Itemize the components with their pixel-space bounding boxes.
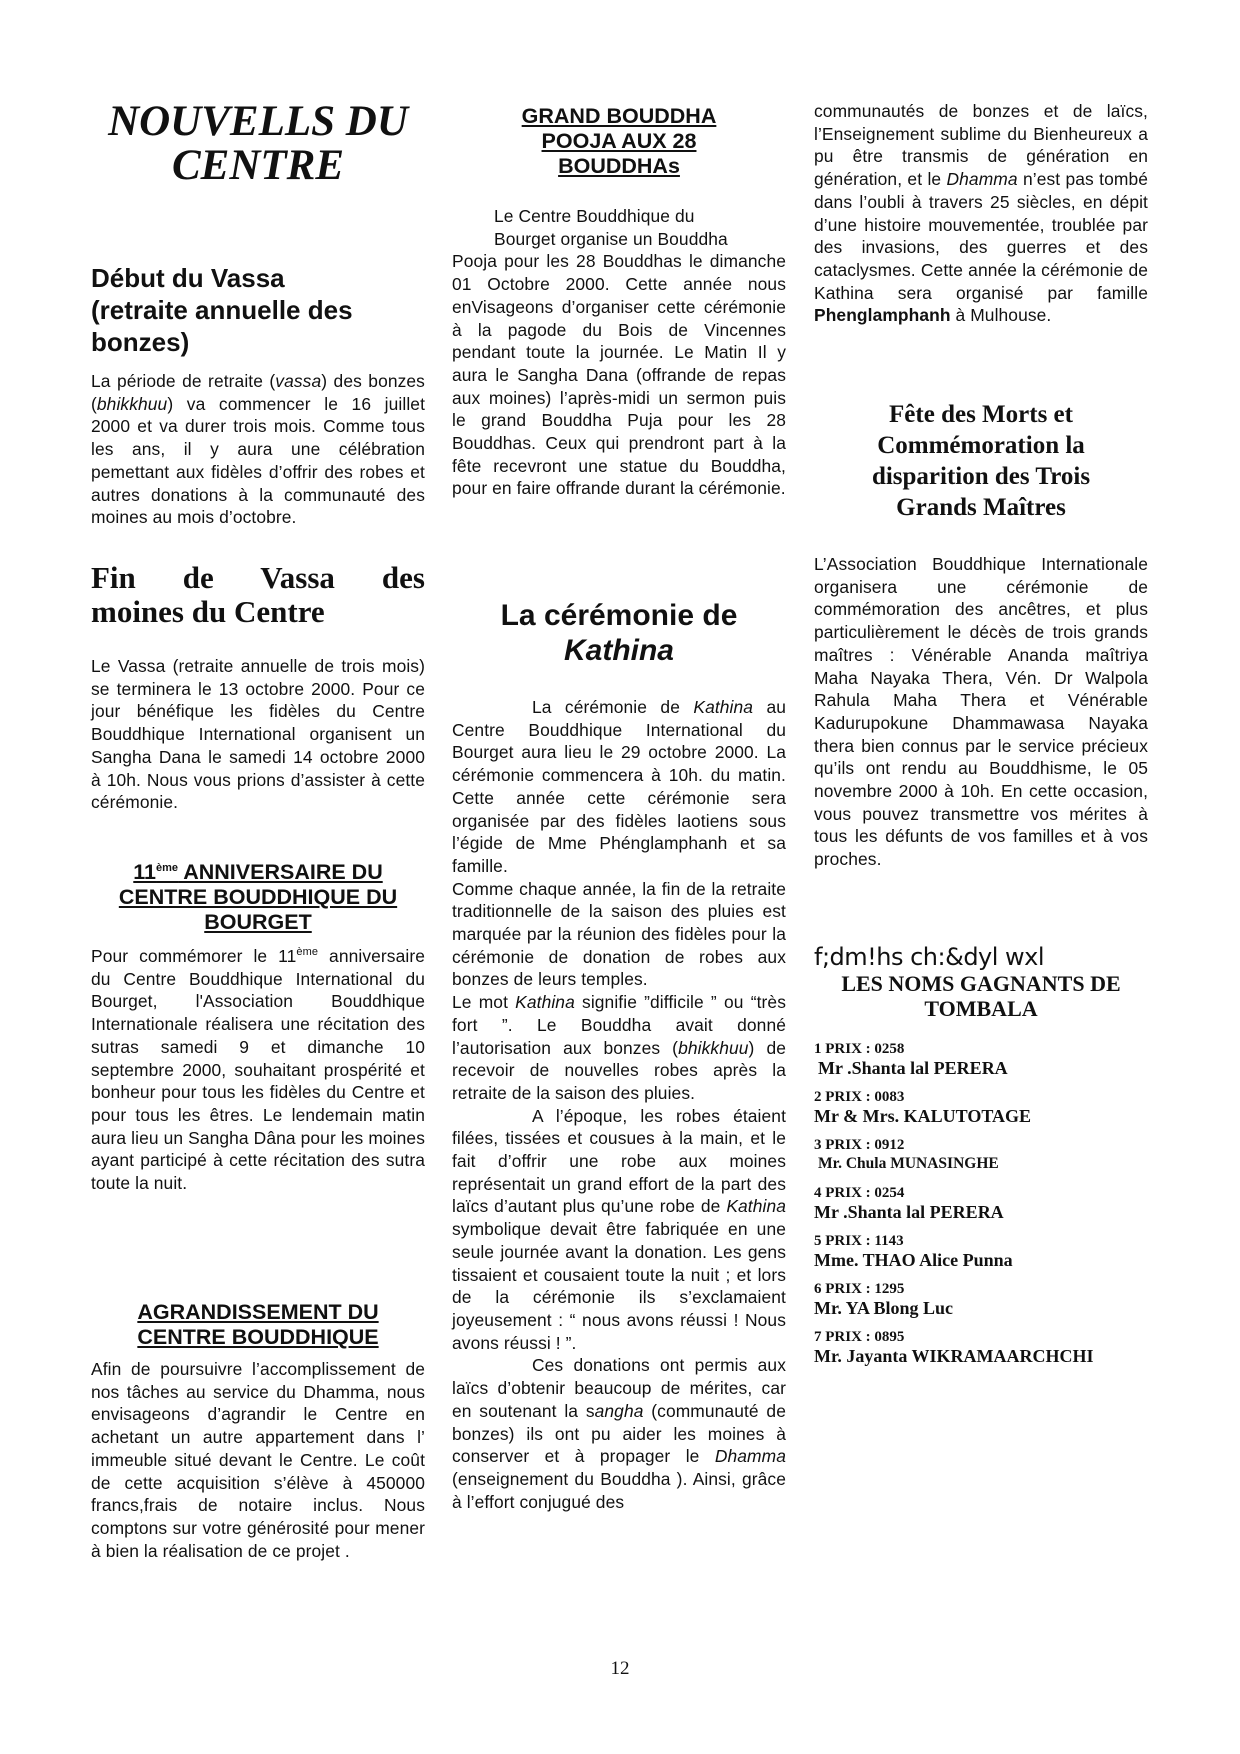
text: au Centre Bouddhique International du Bo… [452,697,786,876]
text: symbolique devait être fabriquée en une … [452,1219,786,1353]
title-line: AGRANDISSEMENT DU [137,1300,378,1324]
expansion-title: AGRANDISSEMENT DU CENTRE BOUDDHIQUE [91,1300,425,1350]
vassa-end-title-line-2: moines du Centre [91,595,425,629]
expansion-body: Afin de poursuivre l’accomplissement de … [91,1358,425,1562]
prize-winner: Mr. YA Blong Luc [814,1298,1148,1318]
text: La période de retraite ( [91,371,275,391]
prize-list: 1 PRIX : 0258 Mr .Shanta lal PERERA 2 PR… [814,1041,1148,1366]
prize-item: 3 PRIX : 0912 Mr. Chula MUNASINGHE [814,1137,1148,1174]
anniversary-section: 11ème ANNIVERSAIRE DU CENTRE BOUDDHIQUE … [91,860,425,1195]
bold-name: Phenglamphanh [814,305,951,325]
italic-term: Kathina [515,992,575,1012]
prize-label: 2 PRIX : 0083 [814,1089,1148,1106]
vassa-start-section: Début du Vassa (retraite annuelle des bo… [91,262,425,529]
prize-item: 4 PRIX : 0254 Mr .Shanta lal PERERA [814,1185,1148,1222]
masthead-line-2: CENTRE [91,144,425,188]
vassa-end-title-line-1: Fin de Vassa des [91,561,425,595]
pooja-title: GRAND BOUDDHA POOJA AUX 28 BOUDDHAs [452,104,786,179]
anniversary-body: Pour commémorer le 11ème anniversaire du… [91,945,425,1195]
title-line: disparition des Trois [872,463,1090,490]
prize-label: 4 PRIX : 0254 [814,1185,1148,1202]
italic-term: Kathina [693,697,753,717]
kathina-continuation: communautés de bonzes et de laïcs, l’Ens… [814,100,1148,327]
masthead-line-1: NOUVELLS DU [91,100,425,144]
masthead: NOUVELLS DU CENTRE [91,100,425,188]
prize-label: 3 PRIX : 0912 [814,1137,1148,1154]
superscript: ème [296,946,318,958]
pooja-body-line1: Le Centre Bouddhique du [452,205,786,228]
vassa-start-body: La période de retraite (vassa) des bonze… [91,370,425,529]
italic-term: angha [595,1401,644,1421]
prize-label: 5 PRIX : 1143 [814,1233,1148,1250]
prize-item: 7 PRIX : 0895 Mr. Jayanta WIKRAMAARCHCHI [814,1329,1148,1366]
prize-winner: Mr. Jayanta WIKRAMAARCHCHI [814,1346,1148,1366]
text: Le mot [452,992,515,1012]
superscript: ème [156,862,178,874]
vassa-end-section: Fin de Vassa des moines du Centre Le Vas… [91,561,425,814]
prize-winner: Mr .Shanta lal PERERA [814,1202,1148,1222]
kathina-section: La cérémonie de Kathina La cérémonie de … [452,598,786,1513]
italic-term: Dhamma [947,169,1018,189]
prize-winner: Mme. THAO Alice Punna [814,1250,1148,1270]
title-line: Commémoration la [877,432,1085,459]
kathina-p1: La cérémonie de Kathina au Centre Bouddh… [452,696,786,878]
prize-winner: Mr. Chula MUNASINGHE [814,1154,1148,1174]
page-number: 12 [0,1658,1240,1680]
text: 11 [133,860,156,884]
commemoration-body: L’Association Bouddhique Internationale … [814,553,1148,871]
prize-label: 6 PRIX : 1295 [814,1281,1148,1298]
title-line: Début du Vassa [91,263,285,293]
title-line: La cérémonie de [501,599,738,632]
italic-term: Dhamma [715,1446,786,1466]
anniversary-title: 11ème ANNIVERSAIRE DU CENTRE BOUDDHIQUE … [91,860,425,935]
title-line: TOMBALA [924,996,1037,1021]
text: à Mulhouse. [951,305,1052,325]
kathina-p4: A l’époque, les robes étaient filées, ti… [452,1105,786,1355]
italic-term: vassa [275,371,321,391]
vassa-start-title: Début du Vassa (retraite annuelle des bo… [91,262,425,358]
title-line: CENTRE BOUDDHIQUE [137,1325,378,1349]
text: Pour commémorer le 11 [91,946,296,966]
kathina-title: La cérémonie de Kathina [452,598,786,668]
kathina-p5: Ces donations ont permis aux laïcs d’obt… [452,1354,786,1513]
kathina-p2: Comme chaque année, la fin de la retrait… [452,878,786,992]
kathina-continuation-body: communautés de bonzes et de laïcs, l’Ens… [814,100,1148,327]
prize-label: 1 PRIX : 0258 [814,1041,1148,1058]
tombala-title: LES NOMS GAGNANTS DE TOMBALA [814,971,1148,1021]
expansion-section: AGRANDISSEMENT DU CENTRE BOUDDHIQUE Afin… [91,1300,425,1562]
title-line: Grands Maîtres [896,494,1066,521]
prize-item: 2 PRIX : 0083 Mr & Mrs. KALUTOTAGE [814,1089,1148,1126]
text: n’est pas tombé dans l’oubli à travers 2… [814,169,1148,303]
title-line: LES NOMS GAGNANTS DE [841,971,1120,996]
title-line: Fête des Morts et [889,401,1073,428]
title-line: BOUDDHAs [558,154,680,178]
prize-label: 7 PRIX : 0895 [814,1329,1148,1346]
commemoration-title: Fête des Morts et Commémoration la dispa… [814,399,1148,523]
italic-term: bhikkhuu [97,394,167,414]
text: anniversaire du Centre Bouddhique Intern… [91,946,425,1193]
pooja-body-line2: Bourget organise un Bouddha [452,228,786,251]
prize-item: 6 PRIX : 1295 Mr. YA Blong Luc [814,1281,1148,1318]
prize-item: 5 PRIX : 1143 Mme. THAO Alice Punna [814,1233,1148,1270]
text: La cérémonie de [532,697,693,717]
title-line: POOJA AUX 28 [542,129,697,153]
prize-item: 1 PRIX : 0258 Mr .Shanta lal PERERA [814,1041,1148,1078]
title-line: (retraite annuelle des [91,295,353,325]
vassa-end-body: Le Vassa (retraite annuelle de trois moi… [91,655,425,814]
title-line: bonzes) [91,327,189,357]
pooja-section: GRAND BOUDDHA POOJA AUX 28 BOUDDHAs Le C… [452,104,786,500]
tombala-section: f;dm!hs ch:&dyl wxl LES NOMS GAGNANTS DE… [814,943,1148,1366]
prize-winner: Mr & Mrs. KALUTOTAGE [814,1106,1148,1126]
italic-term: bhikkhuu [678,1038,748,1058]
kathina-p3: Le mot Kathina signifie ”difficile ” ou … [452,991,786,1105]
pooja-body: Pooja pour les 28 Bouddhas le dimanche 0… [452,250,786,500]
title-line-italic: Kathina [564,634,674,667]
prize-winner: Mr .Shanta lal PERERA [814,1058,1148,1078]
garbled-font-title: f;dm!hs ch:&dyl wxl [814,943,1148,971]
text: (enseignement du Bouddha ). Ainsi, grâce… [452,1469,786,1512]
title-line: GRAND BOUDDHA [522,104,717,128]
commemoration-section: Fête des Morts et Commémoration la dispa… [814,399,1148,871]
italic-term: Kathina [726,1196,786,1216]
